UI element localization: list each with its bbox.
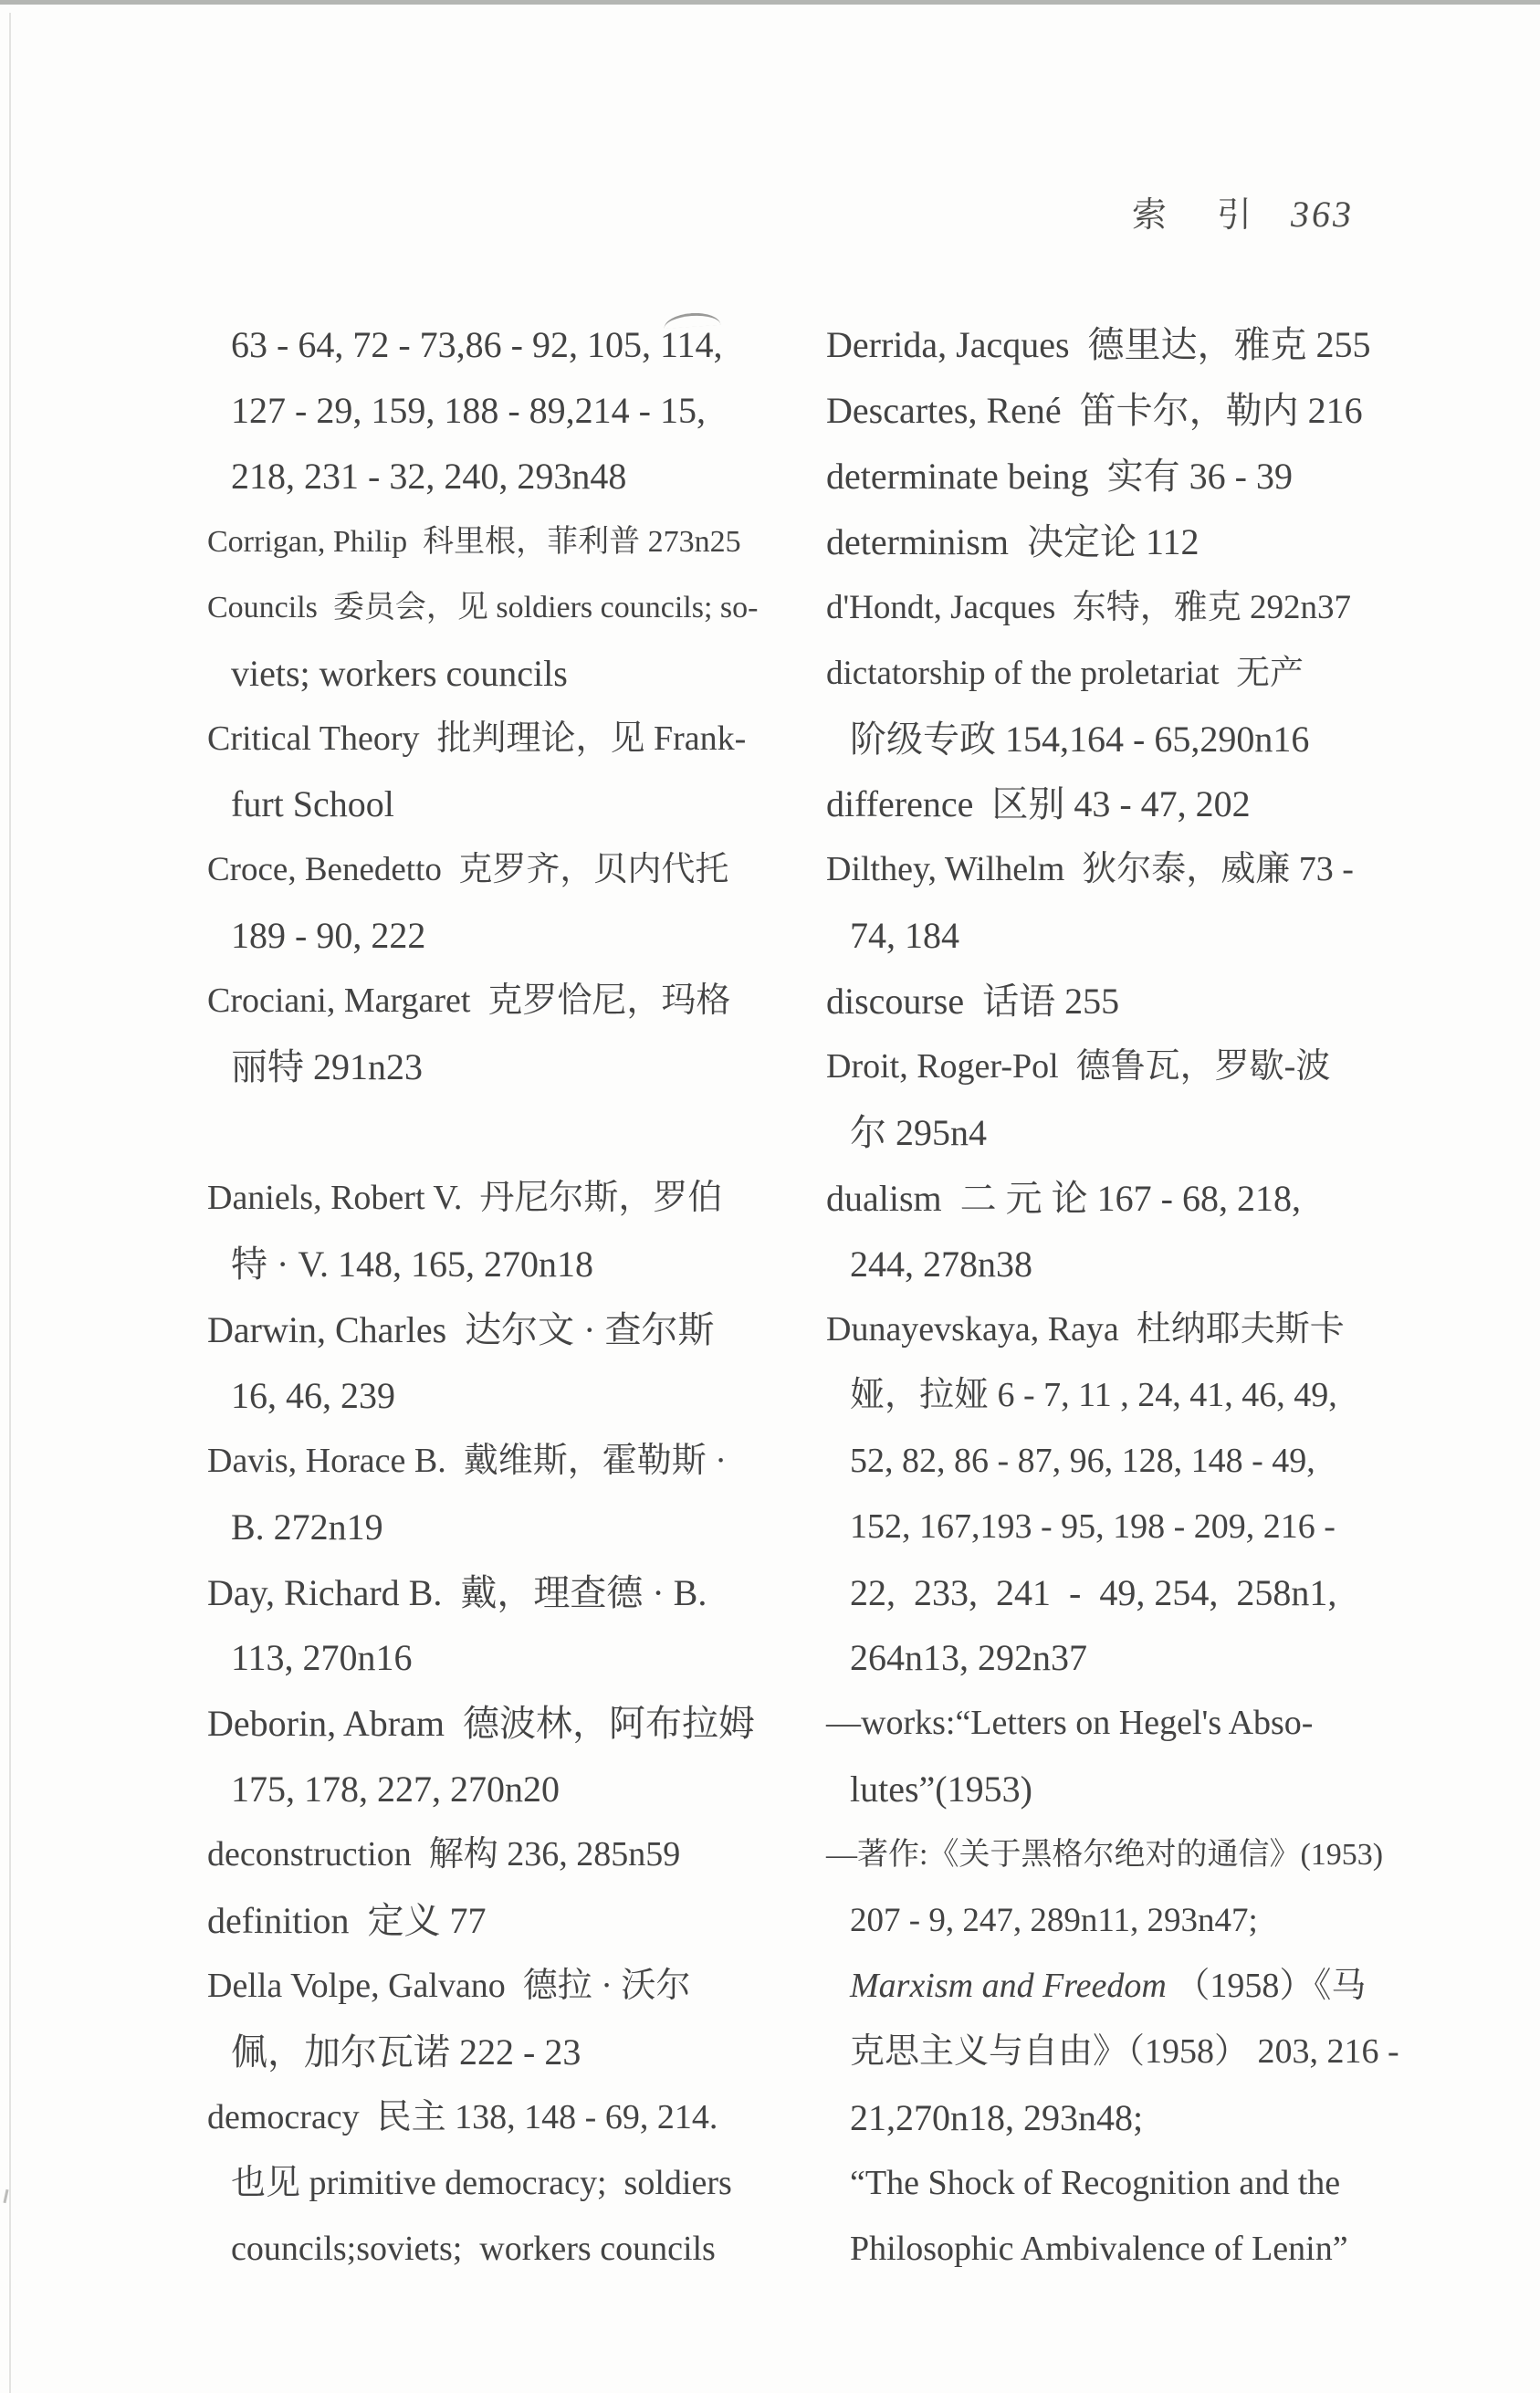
index-entry-text: 16, 46, 239 — [231, 1375, 395, 1416]
index-entry-text: determinism 决定论 112 — [826, 521, 1199, 562]
index-entry-text: 也见 primitive democracy; soldiers — [231, 2164, 732, 2202]
index-entry-text: Della Volpe, Galvano 德拉 · 沃尔 — [207, 1967, 690, 2005]
index-entry-text: lutes”(1953) — [850, 1769, 1032, 1810]
index-column-right: Derrida, Jacques 德里达，雅克 255Descartes, Re… — [826, 312, 1410, 2283]
index-entry-line: Day, Richard B. 戴，理查德 · B. — [207, 1560, 810, 1626]
index-entry-text: Derrida, Jacques 德里达，雅克 255 — [826, 324, 1371, 365]
index-entry-line: 63 - 64, 72 - 73,86 - 92, 105, 114, — [207, 312, 810, 378]
index-entry-line: 佩，加尔瓦诺 222 - 23 — [207, 2020, 810, 2085]
index-entry-line: Dilthey, Wilhelm 狄尔泰，威廉 73 - — [826, 837, 1410, 903]
index-entry-text: Councils 委员会，见 soldiers councils; so- — [207, 591, 758, 624]
index-entry-line: Philosophic Ambivalence of Lenin” — [826, 2217, 1410, 2283]
index-entry-text: B. 272n19 — [231, 1506, 383, 1548]
index-entry-text: 189 - 90, 222 — [231, 915, 425, 956]
index-entry-line: 207 - 9, 247, 289n11, 293n47; — [826, 1888, 1410, 1954]
index-entry-text: 218, 231 - 32, 240, 293n48 — [231, 456, 626, 497]
index-entry-text: 克思主义与自由》（1958） 203, 216 - — [850, 2032, 1399, 2071]
index-entry-text: 63 - 64, 72 - 73,86 - 92, 105, 114, — [231, 324, 722, 365]
index-entry-text: 特 · V. 148, 165, 270n18 — [231, 1244, 593, 1285]
index-entry-text-italic: Marxism and Freedom — [850, 1967, 1167, 2005]
index-entry-line: Dunayevskaya, Raya 杜纳耶夫斯卡 — [826, 1297, 1410, 1363]
running-head: 索引363 — [1132, 186, 1354, 228]
index-entry-line: Derrida, Jacques 德里达，雅克 255 — [826, 312, 1410, 378]
index-entry-line: Darwin, Charles 达尔文 · 查尔斯 — [207, 1297, 810, 1363]
index-entry-line: 127 - 29, 159, 188 - 89,214 - 15, — [207, 378, 810, 444]
index-entry-line: 244, 278n38 — [826, 1232, 1410, 1297]
index-entry-line: 也见 primitive democracy; soldiers — [207, 2151, 810, 2217]
index-entry-text: 113, 270n16 — [231, 1637, 413, 1678]
blank-line — [207, 1100, 810, 1166]
index-entry-line: Daniels, Robert V. 丹尼尔斯，罗伯 — [207, 1166, 810, 1232]
index-entry-text: 127 - 29, 159, 188 - 89,214 - 15, — [231, 390, 706, 431]
running-head-title-char: 索 — [1132, 186, 1168, 236]
index-entry-line: Droit, Roger-Pol 德鲁瓦，罗歇-波 — [826, 1034, 1410, 1100]
index-entry-text: Day, Richard B. 戴，理查德 · B. — [207, 1572, 707, 1613]
index-entry-text: d'Hondt, Jacques 东特，雅克 292n37 — [826, 589, 1351, 626]
index-entry-text: 22, 233, 241 - 49, 254, 258n1, — [850, 1572, 1336, 1613]
index-entry-text: 21,270n18, 293n48; — [850, 2097, 1143, 2138]
index-entry-line: 152, 167,193 - 95, 198 - 209, 216 - — [826, 1495, 1410, 1560]
index-entry-line: 218, 231 - 32, 240, 293n48 — [207, 444, 810, 509]
index-entry-line: Corrigan, Philip 科里根，菲利普 273n25 — [207, 509, 810, 575]
index-entry-line: 娅，拉娅 6 - 7, 11 , 24, 41, 46, 49, — [826, 1363, 1410, 1429]
index-entry-line: furt School — [207, 771, 810, 837]
index-entry-line: 丽特 291n23 — [207, 1034, 810, 1100]
index-entry-text: definition 定义 77 — [207, 1900, 487, 1941]
index-entry-text: Deborin, Abram 德波林，阿布拉姆 — [207, 1703, 755, 1744]
index-entry-line: 264n13, 292n37 — [826, 1625, 1410, 1691]
index-entry-text: dictatorship of the proletariat 无产 — [826, 655, 1304, 692]
index-entry-line: deconstruction 解构 236, 285n59 — [207, 1822, 810, 1888]
index-entry-text: 207 - 9, 247, 289n11, 293n47; — [850, 1902, 1258, 1939]
index-entry-line: Crociani, Margaret 克罗恰尼，玛格 — [207, 969, 810, 1034]
index-entry-line: definition 定义 77 — [207, 1888, 810, 1954]
index-entry-text: discourse 话语 255 — [826, 981, 1119, 1022]
index-entry-text: 264n13, 292n37 — [850, 1637, 1087, 1678]
page-edge-top-line — [0, 0, 1540, 5]
index-entry-text: Dunayevskaya, Raya 杜纳耶夫斯卡 — [826, 1310, 1345, 1349]
index-entry-text: difference 区别 43 - 47, 202 — [826, 783, 1251, 824]
index-entry-text: Croce, Benedetto 克罗齐，贝内代托 — [207, 851, 728, 888]
index-entry-line: determinate being 实有 36 - 39 — [826, 444, 1410, 509]
index-entry-line: Croce, Benedetto 克罗齐，贝内代托 — [207, 837, 810, 903]
index-entry-text: 74, 184 — [850, 915, 959, 956]
book-page: 索引363 63 - 64, 72 - 73,86 - 92, 105, 114… — [0, 0, 1540, 2393]
index-entry-text: —works:“Letters on Hegel's Abso- — [826, 1704, 1313, 1742]
index-entry-line: —works:“Letters on Hegel's Abso- — [826, 1691, 1410, 1757]
index-entry-line: Critical Theory 批判理论，见 Frank- — [207, 707, 810, 772]
index-entry-line: democracy 民主 138, 148 - 69, 214. — [207, 2085, 810, 2151]
index-entry-line: 克思主义与自由》（1958） 203, 216 - — [826, 2020, 1410, 2085]
index-entry-line: dualism 二 元 论 167 - 68, 218, — [826, 1166, 1410, 1232]
index-entry-text: 尔 295n4 — [850, 1112, 987, 1153]
index-entry-text: 佩，加尔瓦诺 222 - 23 — [231, 2031, 581, 2073]
index-entry-text: Crociani, Margaret 克罗恰尼，玛格 — [207, 981, 730, 1020]
index-entry-text: Droit, Roger-Pol 德鲁瓦，罗歇-波 — [826, 1047, 1330, 1086]
index-entry-text: （1958）《马 — [1167, 1967, 1367, 2005]
index-entry-text: 娅，拉娅 6 - 7, 11 , 24, 41, 46, 49, — [850, 1376, 1337, 1414]
index-entry-line: 特 · V. 148, 165, 270n18 — [207, 1232, 810, 1297]
running-head-title-char: 引 — [1217, 186, 1252, 236]
index-column-left: 63 - 64, 72 - 73,86 - 92, 105, 114,127 -… — [207, 312, 810, 2283]
index-entry-line: viets; workers councils — [207, 641, 810, 707]
index-entry-line: 113, 270n16 — [207, 1625, 810, 1691]
index-entry-line: determinism 决定论 112 — [826, 509, 1410, 575]
index-entry-line: 22, 233, 241 - 49, 254, 258n1, — [826, 1560, 1410, 1626]
index-entry-line: dictatorship of the proletariat 无产 — [826, 641, 1410, 707]
index-entry-line: lutes”(1953) — [826, 1757, 1410, 1822]
index-entry-text: determinate being 实有 36 - 39 — [826, 456, 1293, 497]
index-entry-text: —著作:《关于黑格尔绝对的通信》(1953) — [826, 1838, 1383, 1872]
index-entry-line: councils;soviets; workers councils — [207, 2217, 810, 2283]
index-entry-text: Dilthey, Wilhelm 狄尔泰，威廉 73 - — [826, 850, 1354, 888]
index-entry-text: Philosophic Ambivalence of Lenin” — [850, 2230, 1348, 2268]
index-entry-text: viets; workers councils — [231, 653, 568, 694]
index-entry-text: 丽特 291n23 — [231, 1046, 423, 1087]
index-entry-line: Davis, Horace B. 戴维斯，霍勒斯 · — [207, 1429, 810, 1495]
index-entry-line: “The Shock of Recognition and the — [826, 2151, 1410, 2217]
index-entry-text: Daniels, Robert V. 丹尼尔斯，罗伯 — [207, 1179, 722, 1217]
index-entry-text: Critical Theory 批判理论，见 Frank- — [207, 719, 746, 758]
index-entry-text: Darwin, Charles 达尔文 · 查尔斯 — [207, 1309, 714, 1350]
page-edge-left-line — [9, 13, 11, 2393]
index-entry-line: B. 272n19 — [207, 1495, 810, 1560]
index-entry-line: 189 - 90, 222 — [207, 903, 810, 969]
index-entry-line: 21,270n18, 293n48; — [826, 2085, 1410, 2151]
index-entry-text: 阶级专政 154,164 - 65,290n16 — [850, 719, 1309, 760]
index-entry-line: 16, 46, 239 — [207, 1363, 810, 1429]
index-entry-text: 175, 178, 227, 270n20 — [231, 1769, 560, 1810]
index-entry-text: Descartes, René 笛卡尔，勒内 216 — [826, 390, 1363, 431]
index-entry-line: difference 区别 43 - 47, 202 — [826, 771, 1410, 837]
index-entry-text: councils;soviets; workers councils — [231, 2230, 716, 2268]
index-entry-text: deconstruction 解构 236, 285n59 — [207, 1835, 680, 1873]
index-entry-line: 尔 295n4 — [826, 1100, 1410, 1166]
index-entry-line: Deborin, Abram 德波林，阿布拉姆 — [207, 1691, 810, 1757]
index-entry-text: Davis, Horace B. 戴维斯，霍勒斯 · — [207, 1442, 727, 1480]
index-entry-text: democracy 民主 138, 148 - 69, 214. — [207, 2098, 718, 2136]
index-entry-line: 52, 82, 86 - 87, 96, 128, 148 - 49, — [826, 1429, 1410, 1495]
index-entry-line: Della Volpe, Galvano 德拉 · 沃尔 — [207, 1954, 810, 2020]
index-entry-line: Marxism and Freedom （1958）《马 — [826, 1954, 1410, 2020]
index-entry-line: 175, 178, 227, 270n20 — [207, 1757, 810, 1822]
page-number: 363 — [1291, 193, 1354, 236]
index-entry-line: Descartes, René 笛卡尔，勒内 216 — [826, 378, 1410, 444]
index-entry-text: Corrigan, Philip 科里根，菲利普 273n25 — [207, 525, 741, 559]
index-entry-text: dualism 二 元 论 167 - 68, 218, — [826, 1178, 1301, 1219]
index-entry-text: 52, 82, 86 - 87, 96, 128, 148 - 49, — [850, 1442, 1315, 1480]
scan-speck — [3, 2189, 8, 2203]
index-entry-line: —著作:《关于黑格尔绝对的通信》(1953) — [826, 1822, 1410, 1888]
index-entry-line: d'Hondt, Jacques 东特，雅克 292n37 — [826, 575, 1410, 641]
index-entry-text: “The Shock of Recognition and the — [850, 2164, 1340, 2202]
index-entry-line: discourse 话语 255 — [826, 969, 1410, 1034]
index-entry-text: furt School — [231, 783, 394, 824]
index-entry-line: 74, 184 — [826, 903, 1410, 969]
index-entry-line: 阶级专政 154,164 - 65,290n16 — [826, 707, 1410, 772]
index-entry-line: Councils 委员会，见 soldiers councils; so- — [207, 575, 810, 641]
index-entry-text: 152, 167,193 - 95, 198 - 209, 216 - — [850, 1507, 1336, 1546]
index-entry-text: 244, 278n38 — [850, 1244, 1032, 1285]
